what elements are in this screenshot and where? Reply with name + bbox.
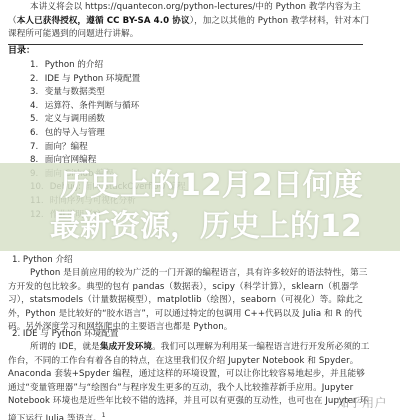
toc-item: 1. Python 的介绍 [30,59,186,73]
toc-label: 面向？编程 [45,142,88,152]
toc-label: 变量与数据类型 [45,87,105,97]
headline-overlay: 历史上的12月2日何度 最新资源，历史上的12 [0,163,400,251]
toc-item: 5. 定义与调用函数 [30,113,186,127]
section-heading-ide-setup: 2. IDE 与 Python 环境配置 [12,328,118,342]
intro-paragraph: 本讲义将会以 https://quantecon.org/python-lect… [8,1,370,42]
toc-item: 6. 包的导入与管理 [30,127,186,141]
section-heading-python-intro: 1. Python 介绍 [12,254,73,268]
intro-bold-license: 本人已获得授权，遵循 CC BY-SA 4.0 协议 [17,16,190,26]
headline-line-2: 最新资源，历史上的12 [50,207,362,247]
toc-label: 定义与调用函数 [45,114,105,124]
toc-item: 3. 变量与数据类型 [30,86,186,100]
horizontal-divider [8,44,363,45]
toc-item: 7. 面向？编程 [30,141,186,155]
footnote-marker: 1 [102,412,106,419]
toc-title: 目录： [8,45,35,59]
watermark-text: 知乎用户 [337,394,387,411]
toc-label: 运算符、条件判断与循环 [45,101,140,111]
ide-body-before: 所谓的 IDE，就是 [30,342,100,352]
toc-number: 4. [30,100,42,114]
toc-number: 7. [30,141,42,155]
toc-item: 4. 运算符、条件判断与循环 [30,100,186,114]
toc-item: 2. IDE 与 Python 环境配置 [30,73,186,87]
toc-number: 1. [30,59,42,73]
toc-number: 5. [30,113,42,127]
toc-label: Python 的介绍 [45,60,103,70]
section-body-python-intro: Python 是目前应用的较为广泛的一门开源的编程语言，具有许多较好的语法特性，… [8,267,370,335]
toc-number: 6. [30,127,42,141]
toc-label: 包的导入与管理 [45,128,105,138]
ide-bold-term: 集成开发环境 [100,342,152,352]
toc-number: 3. [30,86,42,100]
toc-number: 2. [30,73,42,87]
ide-body-after: 。我们可以理解为利用某一编程语言进行开发所必须的工作台，不同的工作台有着各自的特… [8,342,369,420]
toc-label: IDE 与 Python 环境配置 [45,74,141,84]
section-body-ide-setup: 所谓的 IDE，就是集成开发环境。我们可以理解为利用某一编程语言进行开发所必须的… [8,341,370,420]
headline-line-1: 历史上的12月2日何度 [60,166,363,206]
